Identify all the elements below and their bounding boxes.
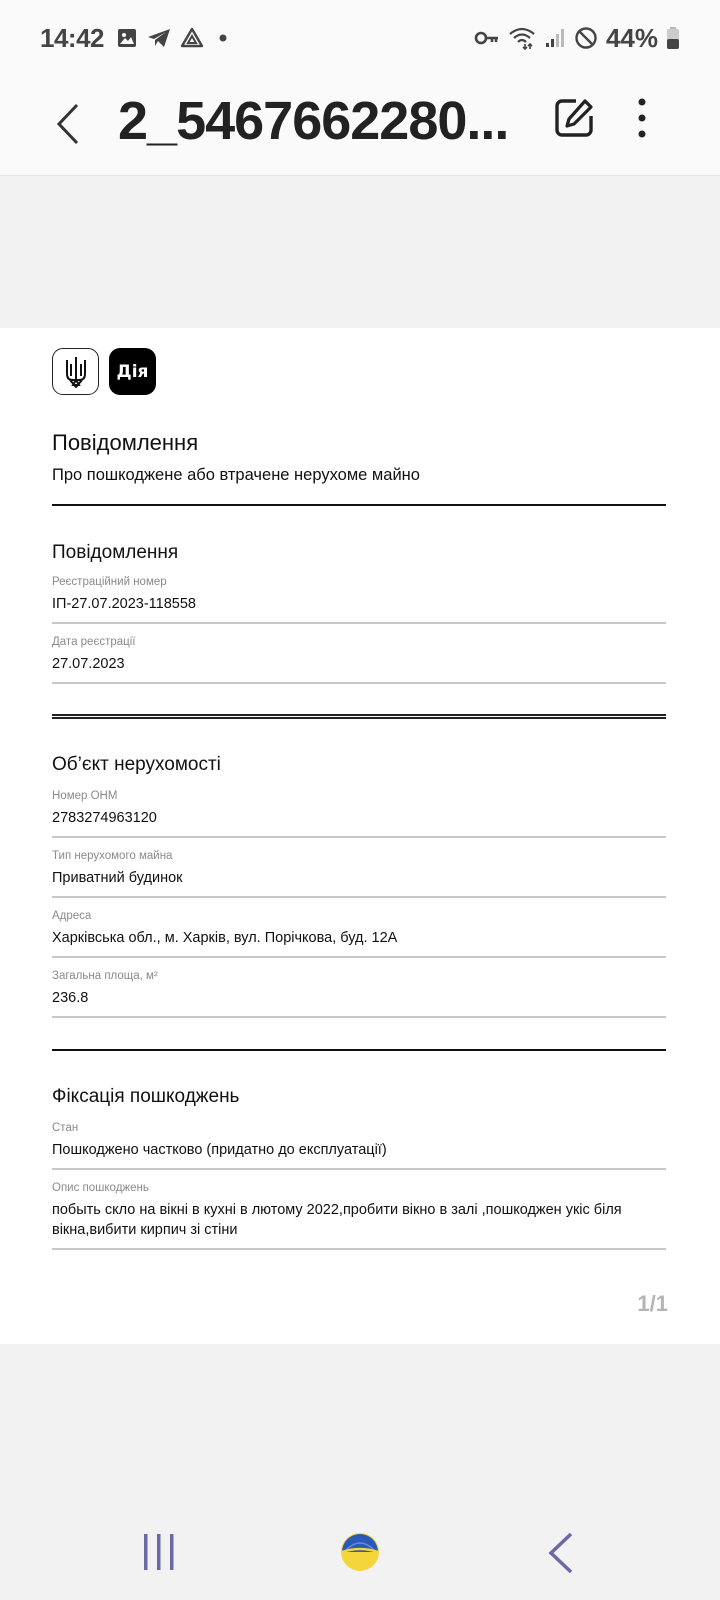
field-registration-date: Дата реєстрації 27.07.2023 [52, 636, 666, 684]
field-value: побыть скло на вікні в кухні в лютому 20… [52, 1200, 666, 1248]
field-condition: Стан Пошкоджено частково (придатно до ек… [52, 1122, 666, 1170]
doc-heading: Повідомлення [52, 430, 198, 456]
back-button[interactable] [48, 94, 88, 154]
battery-percent: 44% [606, 23, 658, 54]
field-label: Загальна площа, м² [52, 970, 666, 982]
field-total-area: Загальна площа, м² 236.8 [52, 970, 666, 1018]
field-value: Приватний будинок [52, 868, 666, 896]
status-time: 14:42 [40, 23, 104, 54]
page-indicator: 1/1 [637, 1291, 668, 1317]
telegram-icon [146, 27, 172, 49]
divider [52, 714, 666, 719]
field-label: Дата реєстрації [52, 636, 666, 648]
field-value: Харківська обл., м. Харків, вул. Порічко… [52, 928, 666, 956]
app-bar: 2_5467662280... [0, 76, 720, 176]
edit-icon [552, 96, 596, 140]
field-label: Реєстраційний номер [52, 576, 666, 588]
field-label: Тип нерухомого майна [52, 850, 666, 862]
field-address: Адреса Харківська обл., м. Харків, вул. … [52, 910, 666, 958]
dot-icon [212, 27, 234, 49]
back-icon [546, 1532, 576, 1574]
section-title-notification: Повідомлення [52, 542, 178, 564]
field-registration-number: Реєстраційний номер ІП-27.07.2023-118558 [52, 576, 666, 624]
signal-icon [544, 27, 566, 49]
tryzub-icon [64, 356, 88, 388]
recents-button[interactable] [142, 1532, 178, 1572]
field-value: 27.07.2023 [52, 654, 666, 682]
do-not-disturb-icon [574, 26, 598, 50]
field-value: ІП-27.07.2023-118558 [52, 594, 666, 622]
home-icon [340, 1532, 380, 1572]
document-page: Дія Повідомлення Про пошкоджене або втра… [0, 328, 720, 1344]
vpn-key-icon [474, 28, 500, 48]
doc-subheading: Про пошкоджене або втрачене нерухоме май… [52, 466, 420, 485]
section-title-damage: Фіксація пошкоджень [52, 1086, 239, 1108]
field-label: Номер ОНМ [52, 790, 666, 802]
status-bar: 14:42 44% [0, 0, 720, 76]
field-label: Стан [52, 1122, 666, 1134]
nav-back-button[interactable] [546, 1532, 576, 1574]
recents-icon [142, 1532, 178, 1572]
divider [52, 504, 666, 506]
field-value: 2783274963120 [52, 808, 666, 836]
tryzub-logo [52, 348, 99, 395]
battery-icon [666, 26, 680, 50]
field-value: 236.8 [52, 988, 666, 1016]
field-damage-description: Опис пошкоджень побыть скло на вікні в к… [52, 1182, 666, 1250]
field-label: Адреса [52, 910, 666, 922]
gallery-icon [116, 27, 138, 49]
logos: Дія [52, 348, 156, 395]
section-title-property: Об’єкт нерухомості [52, 754, 221, 776]
field-label: Опис пошкоджень [52, 1182, 666, 1194]
field-property-type: Тип нерухомого майна Приватний будинок [52, 850, 666, 898]
more-options-button[interactable] [634, 96, 650, 140]
document-title: 2_5467662280... [118, 90, 508, 152]
field-onm-number: Номер ОНМ 2783274963120 [52, 790, 666, 838]
diia-logo: Дія [109, 348, 156, 395]
drive-icon [180, 27, 204, 49]
divider [52, 1049, 666, 1051]
wifi-icon [508, 26, 536, 50]
home-button[interactable] [340, 1532, 380, 1572]
navigation-bar [0, 1500, 720, 1600]
more-vertical-icon [634, 96, 650, 140]
chevron-left-icon [55, 102, 81, 146]
edit-button[interactable] [552, 96, 596, 140]
field-value: Пошкоджено частково (придатно до експлуа… [52, 1140, 666, 1168]
